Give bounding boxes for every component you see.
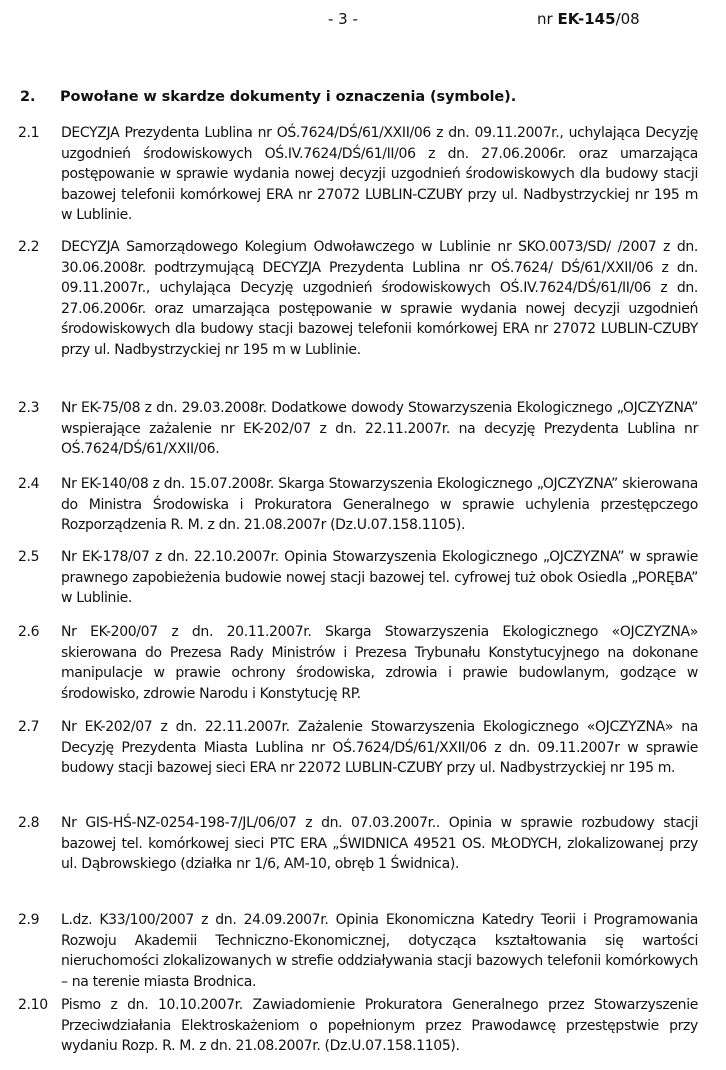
list-item: 2.6 Nr EK-200/07 z dn. 20.11.2007r. Skar… [18,622,698,704]
list-item: 2.7 Nr EK-202/07 z dn. 22.11.2007r. Zaża… [18,717,698,779]
list-item: 2.4 Nr EK-140/08 z dn. 15.07.2008r. Skar… [18,474,698,536]
section-heading: 2.Powołane w skardze dokumenty i oznacze… [20,89,516,105]
item-text: Pismo z dn. 10.10.2007r. Zawiadomienie P… [61,995,698,1057]
page-number: - 3 - [328,10,358,28]
item-text: L.dz. K33/100/2007 z dn. 24.09.2007r. Op… [61,910,698,992]
doc-ref-code: EK-145 [557,10,615,28]
item-text: Nr EK-75/08 z dn. 29.03.2008r. Dodatkowe… [61,398,698,460]
item-number: 2.1 [18,123,39,144]
list-item: 2.1 DECYZJA Prezydenta Lublina nr OŚ.762… [18,123,698,226]
item-text: Nr EK-140/08 z dn. 15.07.2008r. Skarga S… [61,474,698,536]
item-text: Nr GIS-HŚ-NZ-0254-198-7/JL/06/07 z dn. 0… [61,813,698,875]
item-number: 2.9 [18,910,39,931]
section-number: 2. [20,89,60,105]
item-number: 2.5 [18,547,39,568]
item-text: Nr EK-202/07 z dn. 22.11.2007r. Zażaleni… [61,717,698,779]
item-number: 2.7 [18,717,39,738]
document-reference: nr EK-145/08 [537,10,640,28]
item-number: 2.8 [18,813,39,834]
item-number: 2.6 [18,622,39,643]
list-item: 2.5 Nr EK-178/07 z dn. 22.10.2007r. Opin… [18,547,698,609]
list-item: 2.8 Nr GIS-HŚ-NZ-0254-198-7/JL/06/07 z d… [18,813,698,875]
item-text: DECYZJA Samorządowego Kolegium Odwoławcz… [61,237,698,361]
section-title: Powołane w skardze dokumenty i oznaczeni… [60,89,516,105]
list-item: 2.9 L.dz. K33/100/2007 z dn. 24.09.2007r… [18,910,698,992]
item-text: Nr EK-178/07 z dn. 22.10.2007r. Opinia S… [61,547,698,609]
item-number: 2.4 [18,474,39,495]
item-text: DECYZJA Prezydenta Lublina nr OŚ.7624/DŚ… [61,123,698,226]
item-number: 2.10 [18,995,48,1016]
item-number: 2.2 [18,237,39,258]
list-item: 2.2 DECYZJA Samorządowego Kolegium Odwoł… [18,237,698,361]
item-number: 2.3 [18,398,39,419]
list-item: 2.3 Nr EK-75/08 z dn. 29.03.2008r. Dodat… [18,398,698,460]
list-item: 2.10 Pismo z dn. 10.10.2007r. Zawiadomie… [18,995,698,1057]
doc-ref-suffix: /08 [616,10,640,28]
doc-ref-prefix: nr [537,10,557,28]
item-text: Nr EK-200/07 z dn. 20.11.2007r. Skarga S… [61,622,698,704]
page-header: - 3 - nr EK-145/08 [0,10,726,34]
